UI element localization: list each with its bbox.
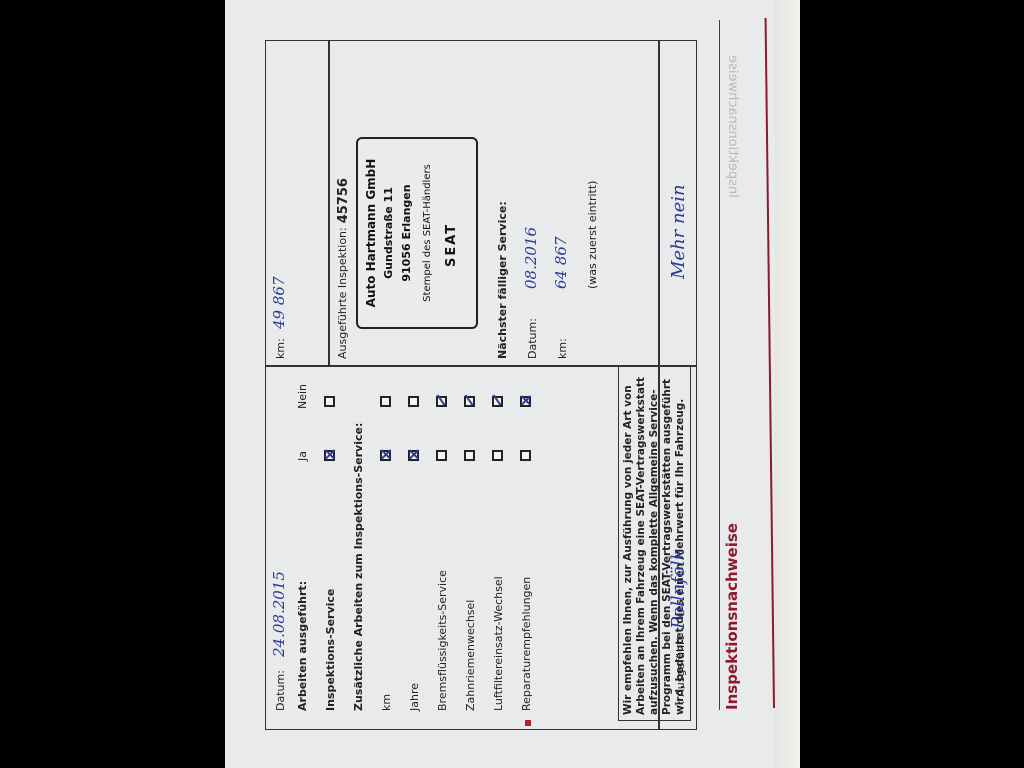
ja-checkbox[interactable] [380,450,391,461]
row-label: Jahre [408,683,421,711]
signature-right: Mehr nein [668,184,689,279]
ausgefuehrte-inspektion-label: Ausgeführte Inspektion: [336,227,351,359]
nein-checkbox[interactable] [408,396,419,407]
stamp-street: Gundstraße 11 [382,139,395,327]
arbeiten-header: Arbeiten ausgeführt: [296,581,309,711]
ja-checkbox[interactable] [408,450,419,461]
row-label: Luftfiltereinsatz-Wechsel [492,576,505,711]
next-datum-label: Datum: [526,318,539,359]
ja-checkbox[interactable] [492,450,503,461]
section-header: Zusätzliche Arbeiten zum Inspektions-Ser… [352,423,365,711]
row-divider [328,41,330,367]
km-label: km: [274,338,287,359]
rotated-document: Inspektionsnachweise Inspektionsnachweis… [225,0,800,768]
next-km-value: 64 867 [552,237,570,290]
row-label: Inspektions-Service [324,589,337,711]
dealer-stamp: Auto Hartmann GmbH Gundstraße 11 91056 E… [356,137,478,329]
next-service-header: Nächster fälliger Service: [496,201,509,359]
document-title: Inspektionsnachweise [723,523,741,710]
red-rule [765,18,775,708]
title-rule [719,20,720,710]
ja-checkbox[interactable] [464,450,475,461]
nein-checkbox[interactable] [380,396,391,407]
next-service-hint: (was zuerst eintritt) [586,181,599,289]
next-datum-value: 08.2016 [522,227,540,289]
show-through-title: Inspektionsnachweise [725,55,740,198]
ja-checkbox[interactable] [436,450,447,461]
stamp-company: Auto Hartmann GmbH [364,139,378,327]
nein-checkbox[interactable] [464,396,475,407]
nein-checkbox[interactable] [324,396,335,407]
nein-checkbox[interactable] [492,396,503,407]
seat-logo: SEAT [444,223,459,267]
nein-checkbox[interactable] [436,396,447,407]
stamp-caption: Stempel des SEAT-Händlers [422,139,433,327]
stamp-city: 91056 Erlangen [400,139,413,327]
nein-checkbox[interactable] [520,396,531,407]
next-km-label: km: [556,338,569,359]
row-label: Reparaturempfehlungen [520,577,533,711]
ausgefuehrt-label: √: Ausgeführt [674,636,687,711]
ausgefuehrte-inspektion: Ausgeführte Inspektion: 45756 [336,178,351,359]
row-label: km [380,694,393,711]
row-label: Bremsflüssigkeits-Service [436,570,449,711]
km-value: 49 867 [270,277,288,330]
col-ja: Ja [296,451,309,461]
document-photo: Inspektionsnachweise Inspektionsnachweis… [225,0,800,768]
datum-value: 24.08.2015 [270,571,288,657]
ja-checkbox[interactable] [324,450,335,461]
inspection-form: Datum: 24.08.2015 Arbeiten ausgeführt: J… [265,40,697,730]
datum-label: Datum: [274,670,287,711]
signature-left: Pollnfölk [668,550,689,630]
inspektion-number: 45756 [336,178,351,223]
red-marker [525,720,531,726]
ja-checkbox[interactable] [520,450,531,461]
col-nein: Nein [296,384,309,409]
signature-row-divider [658,41,660,729]
row-label: Zahnriemenwechsel [464,600,477,711]
